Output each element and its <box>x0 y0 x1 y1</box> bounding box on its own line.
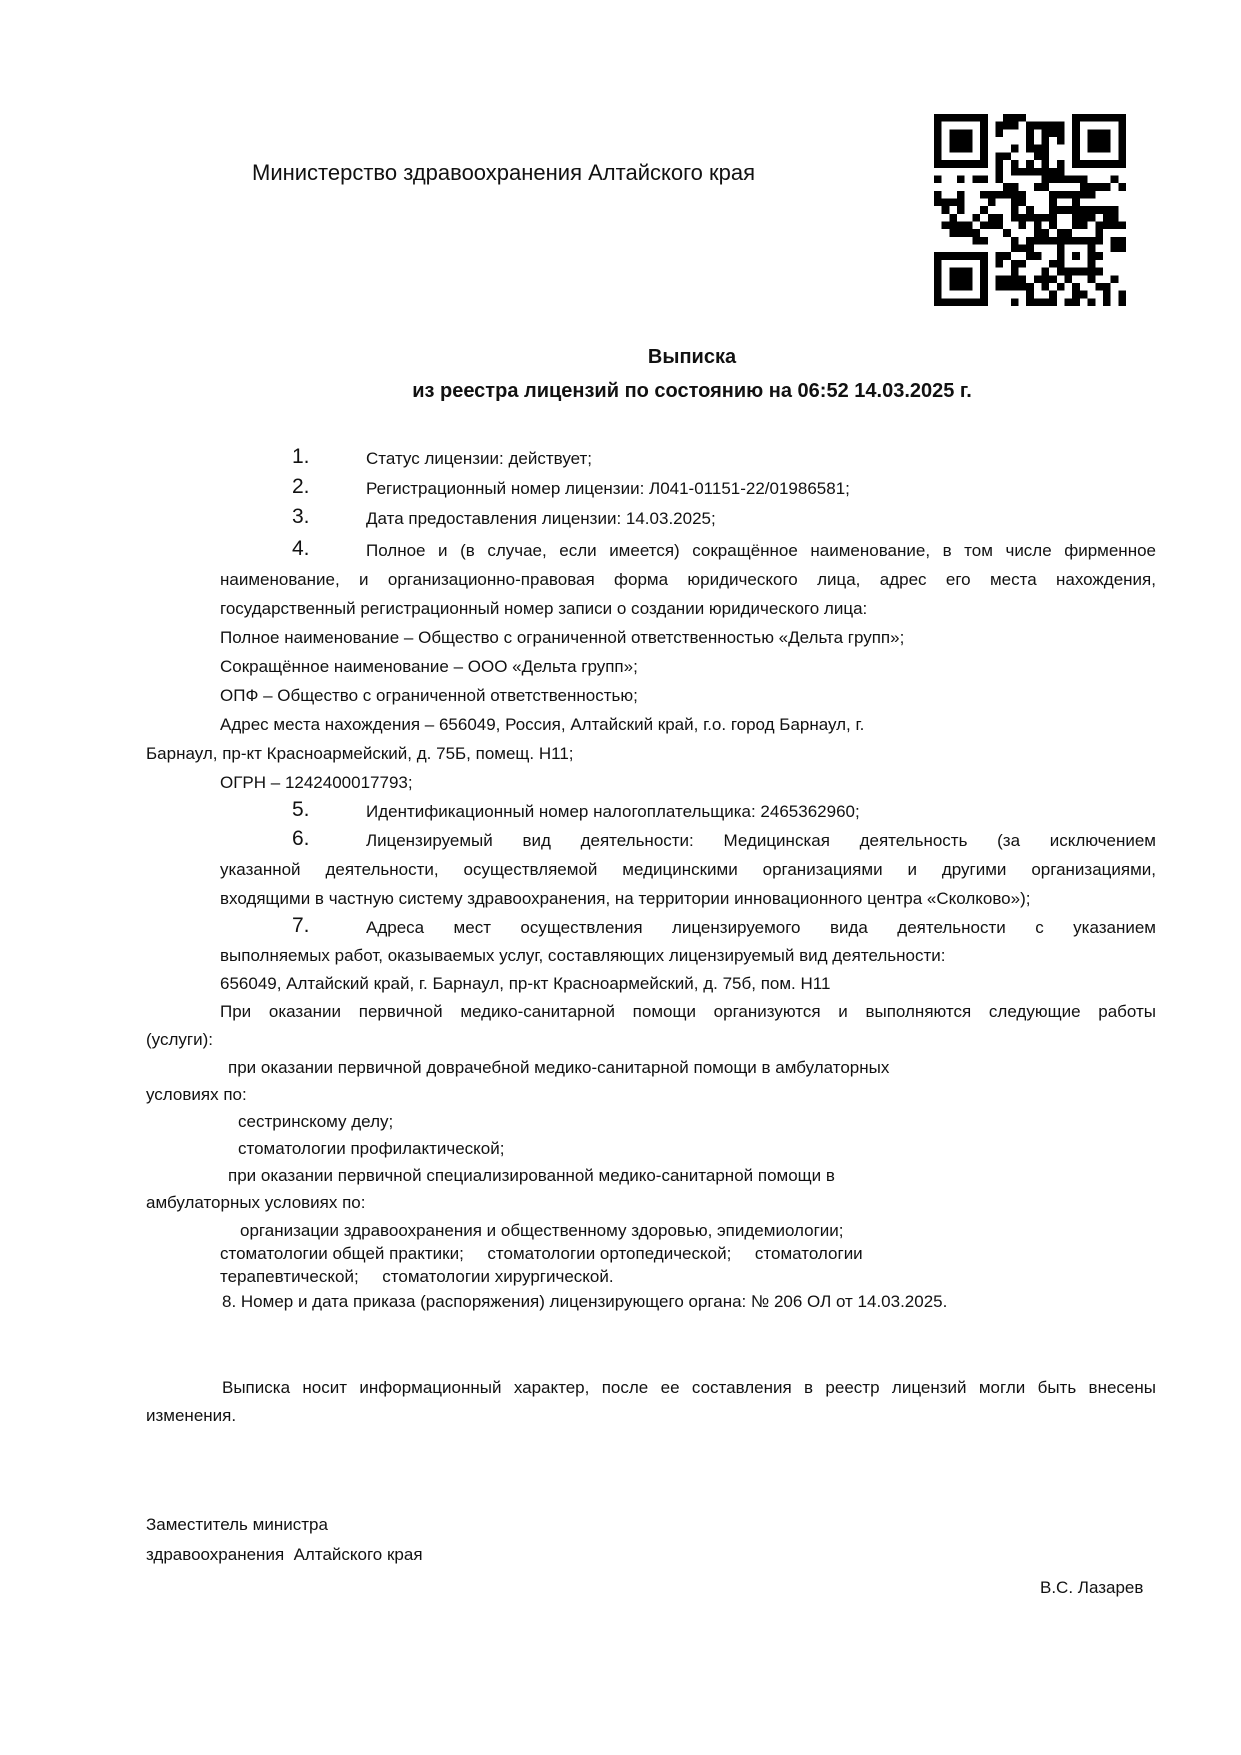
address: Барнаул, пр-кт Красноармейский, д. 75Б, … <box>146 744 574 764</box>
item-number: 1. <box>292 445 310 469</box>
order-info: 8. Номер и дата приказа (распоряжения) л… <box>222 1292 947 1312</box>
address: Адрес места нахождения – 656049, Россия,… <box>220 715 864 735</box>
item-4-text: наименование, и организационно-правовая … <box>220 570 1156 590</box>
service-item: стоматологии общей практики; стоматологи… <box>220 1244 863 1264</box>
short-name: Сокращённое наименование – ООО «Дельта г… <box>220 657 638 677</box>
service-item: терапевтической; стоматологии хирургичес… <box>220 1267 614 1287</box>
works-intro: При оказании первичной медико-санитарной… <box>220 1002 1156 1022</box>
spec-care: амбулаторных условиях по: <box>146 1193 366 1213</box>
document-title: Выписка <box>0 346 1241 369</box>
service-item: организации здравоохранения и общественн… <box>240 1221 844 1241</box>
license-date: Дата предоставления лицензии: 14.03.2025… <box>366 509 716 529</box>
activity-addresses: выполняемых работ, оказываемых услуг, со… <box>220 946 945 966</box>
license-number: Регистрационный номер лицензии: Л041-011… <box>366 479 850 499</box>
ogrn: ОГРН – 1242400017793; <box>220 773 413 793</box>
activity-type: входящими в частную систему здравоохране… <box>220 889 1030 909</box>
item-number: 7. <box>292 914 310 938</box>
activity-addresses: Адреса мест осуществления лицензируемого… <box>366 918 1156 938</box>
activity-type: указанной деятельности, осуществляемой м… <box>220 860 1156 880</box>
item-4-text: Полное и (в случае, если имеется) сокращ… <box>366 541 1156 561</box>
prevrach-care: условиях по: <box>146 1085 247 1105</box>
qr-code-icon <box>934 114 1126 306</box>
document-subtitle: из реестра лицензий по состоянию на 06:5… <box>0 380 1241 403</box>
opf: ОПФ – Общество с ограниченной ответствен… <box>220 686 638 706</box>
service-item: стоматологии профилактической; <box>238 1139 504 1159</box>
item-number: 6. <box>292 827 310 851</box>
spec-care: при оказании первичной специализированно… <box>228 1166 835 1186</box>
service-item: сестринскому делу; <box>238 1112 393 1132</box>
prevrach-care: при оказании первичной доврачебной медик… <box>228 1058 889 1078</box>
disclaimer: изменения. <box>146 1406 236 1426</box>
ministry-name: Министерство здравоохранения Алтайского … <box>252 160 755 186</box>
signatory-name: В.С. Лазарев <box>1040 1578 1143 1598</box>
item-number: 3. <box>292 505 310 529</box>
full-name: Полное наименование – Общество с огранич… <box>220 628 904 648</box>
signatory-position: здравоохранения Алтайского края <box>146 1545 423 1565</box>
inn: Идентификационный номер налогоплательщик… <box>366 802 860 822</box>
activity-type: Лицензируемый вид деятельности: Медицинс… <box>366 831 1156 851</box>
item-4-text: государственный регистрационный номер за… <box>220 599 867 619</box>
item-number: 5. <box>292 798 310 822</box>
disclaimer: Выписка носит информационный характер, п… <box>222 1378 1156 1398</box>
item-number: 4. <box>292 537 310 561</box>
works-intro: (услуги): <box>146 1030 213 1050</box>
item-number: 2. <box>292 475 310 499</box>
activity-address: 656049, Алтайский край, г. Барнаул, пр-к… <box>220 974 830 994</box>
signatory-position: Заместитель министра <box>146 1515 328 1535</box>
license-status: Статус лицензии: действует; <box>366 449 592 469</box>
